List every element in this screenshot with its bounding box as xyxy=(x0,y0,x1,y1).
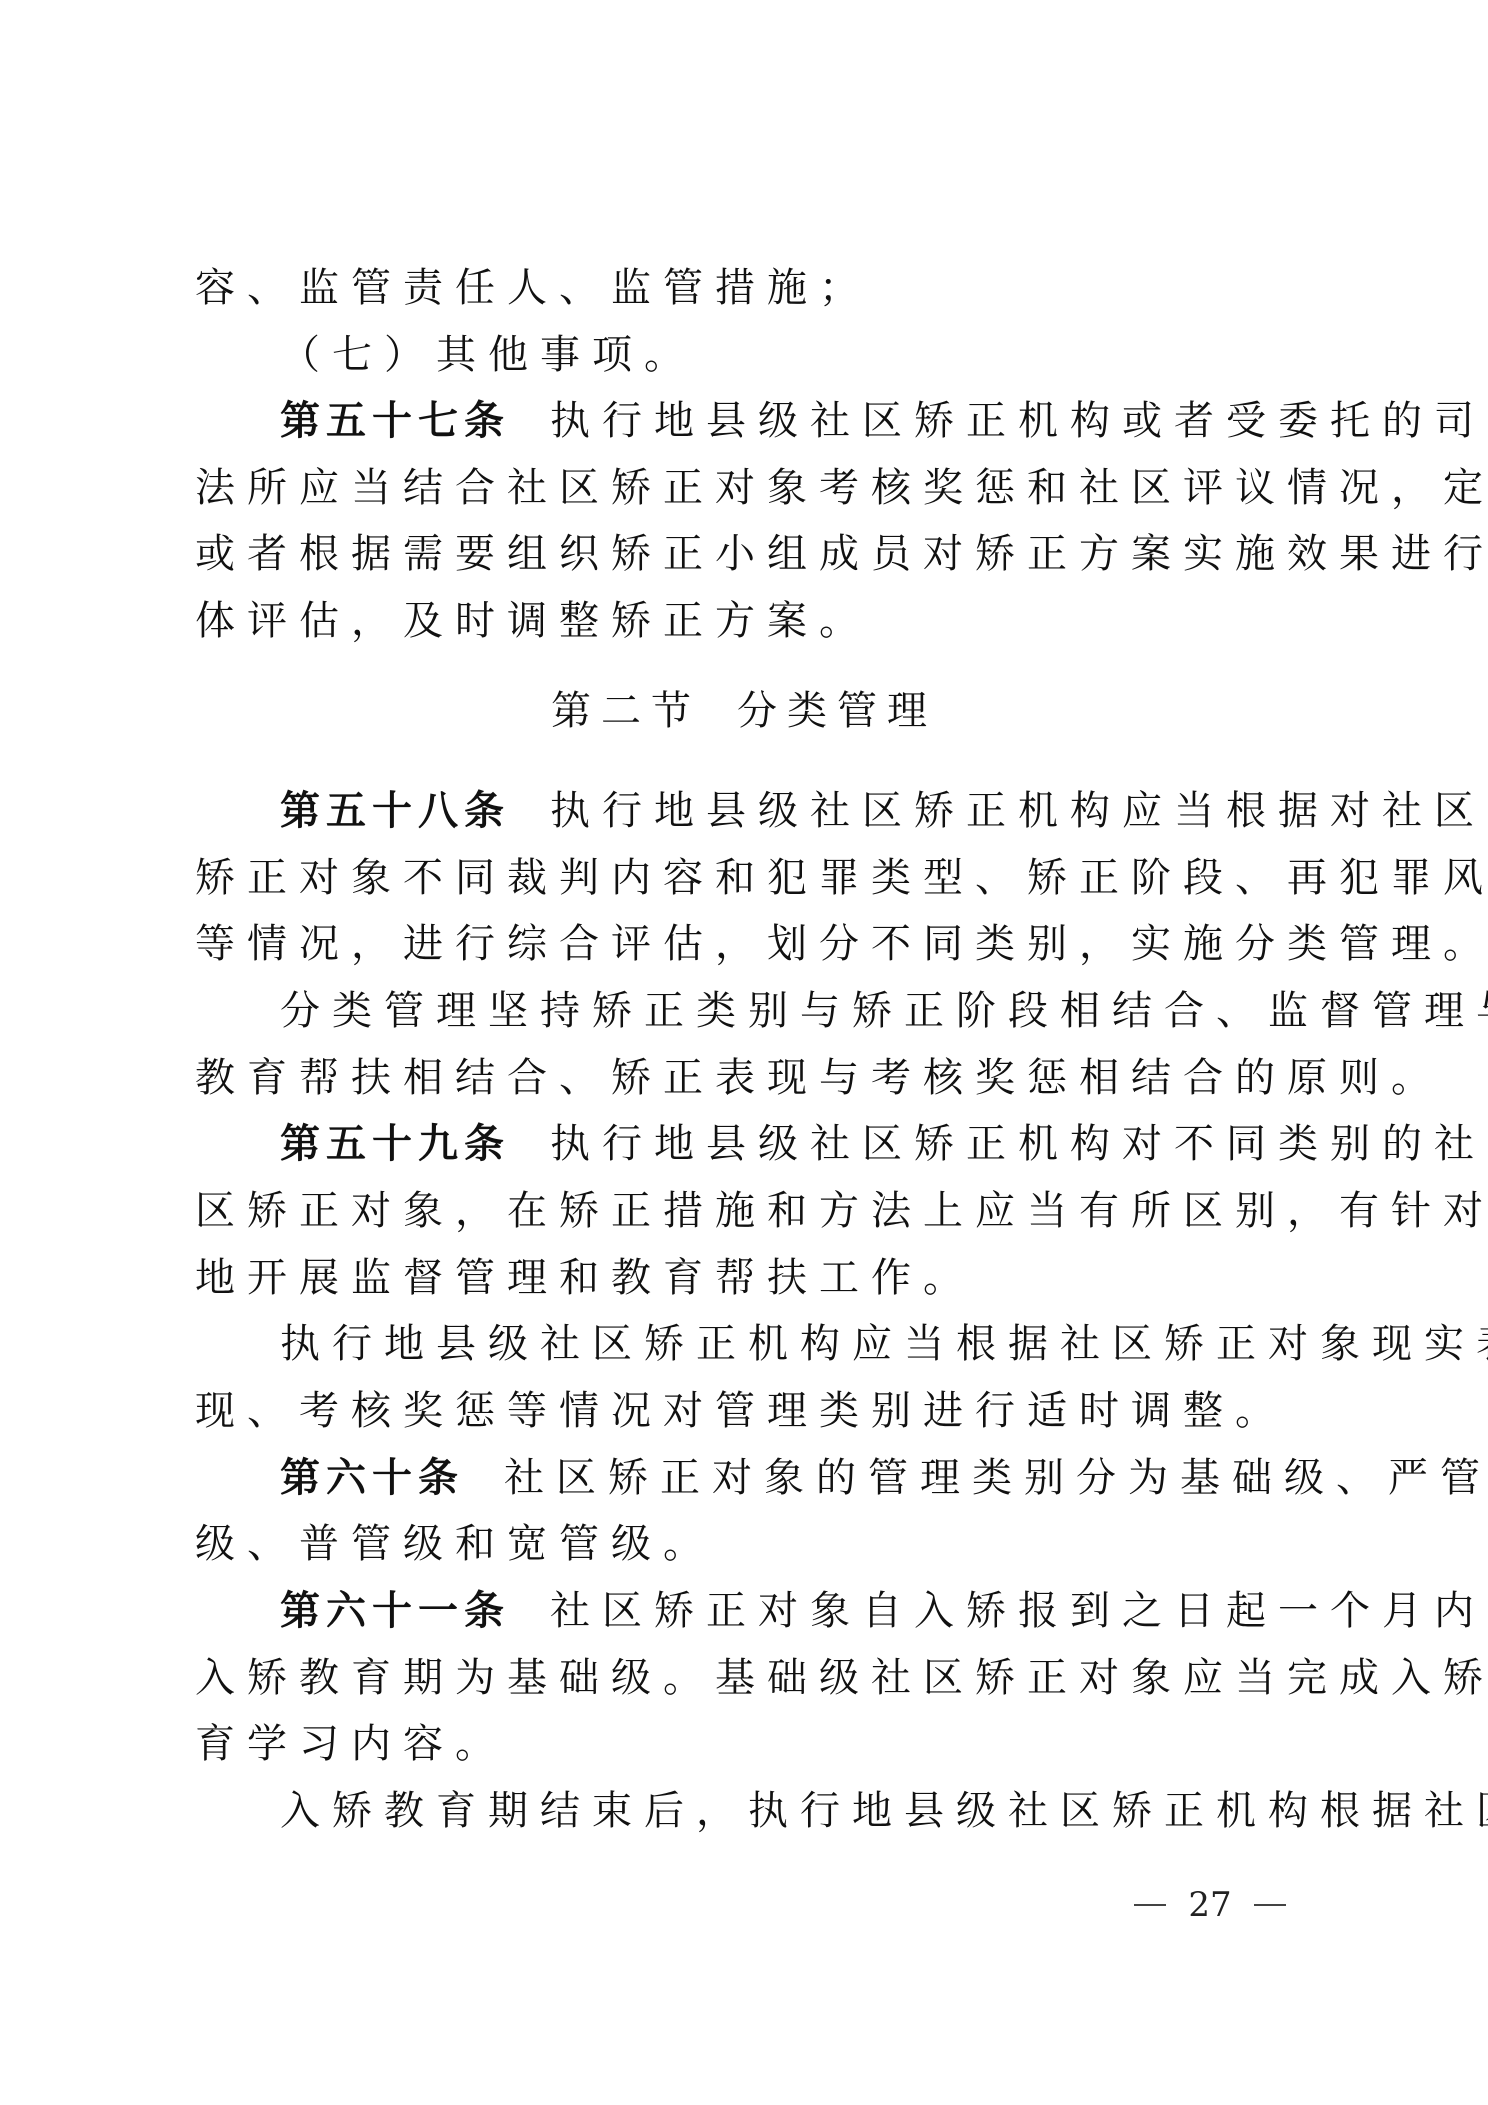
section-heading: 第二节分类管理 xyxy=(0,678,1488,744)
document-page: 容、监管责任人、监管措施； （七）其他事项。 第五十七条执行地县级社区矫正机构或… xyxy=(0,0,1488,2105)
text-line: 法所应当结合社区矫正对象考核奖惩和社区评议情况，定期 xyxy=(195,455,1295,521)
text-line: 现、考核奖惩等情况对管理类别进行适时调整。 xyxy=(195,1378,1295,1444)
text-line: 执行地县级社区矫正机构应当根据社区矫正对象现实表 xyxy=(280,1311,1380,1377)
article-60-line: 第六十条社区矫正对象的管理类别分为基础级、严管 xyxy=(280,1445,1380,1511)
article-61-line: 第六十一条社区矫正对象自入矫报到之日起一个月内 xyxy=(280,1578,1380,1644)
text-line: 等情况，进行综合评估，划分不同类别，实施分类管理。 xyxy=(195,911,1295,977)
text-line: 或者根据需要组织矫正小组成员对矫正方案实施效果进行集 xyxy=(195,521,1295,587)
article-57-line: 第五十七条执行地县级社区矫正机构或者受委托的司 xyxy=(280,388,1380,454)
dash-right xyxy=(1254,1904,1286,1906)
article-59-line: 第五十九条执行地县级社区矫正机构对不同类别的社 xyxy=(280,1111,1380,1177)
page-number: 27 xyxy=(1100,1880,1320,1930)
text-line: 入矫教育期为基础级。基础级社区矫正对象应当完成入矫教 xyxy=(195,1645,1295,1711)
text-line: 矫正对象不同裁判内容和犯罪类型、矫正阶段、再犯罪风险 xyxy=(195,845,1295,911)
article-title: 第六十条 xyxy=(280,1455,464,1501)
text-line: 级、普管级和宽管级。 xyxy=(195,1511,1295,1577)
text-line: 教育帮扶相结合、矫正表现与考核奖惩相结合的原则。 xyxy=(195,1045,1295,1111)
text-line: 分类管理坚持矫正类别与矫正阶段相结合、监督管理与 xyxy=(280,978,1380,1044)
text-line: 体评估，及时调整矫正方案。 xyxy=(195,588,1295,654)
article-58-line: 第五十八条执行地县级社区矫正机构应当根据对社区 xyxy=(280,778,1380,844)
dash-left xyxy=(1134,1904,1166,1906)
article-title: 第五十九条 xyxy=(280,1121,510,1167)
text-line: 地开展监督管理和教育帮扶工作。 xyxy=(195,1245,1295,1311)
text-line: 入矫教育期结束后，执行地县级社区矫正机构根据社区 xyxy=(280,1778,1380,1844)
article-title: 第五十七条 xyxy=(280,398,510,444)
text-line: 容、监管责任人、监管措施； xyxy=(195,255,1295,321)
article-title: 第五十八条 xyxy=(280,788,510,834)
text-line: （七）其他事项。 xyxy=(280,322,1380,388)
text-line: 区矫正对象，在矫正措施和方法上应当有所区别，有针对性 xyxy=(195,1178,1295,1244)
text-line: 育学习内容。 xyxy=(195,1711,1295,1777)
article-title: 第六十一条 xyxy=(280,1588,510,1634)
